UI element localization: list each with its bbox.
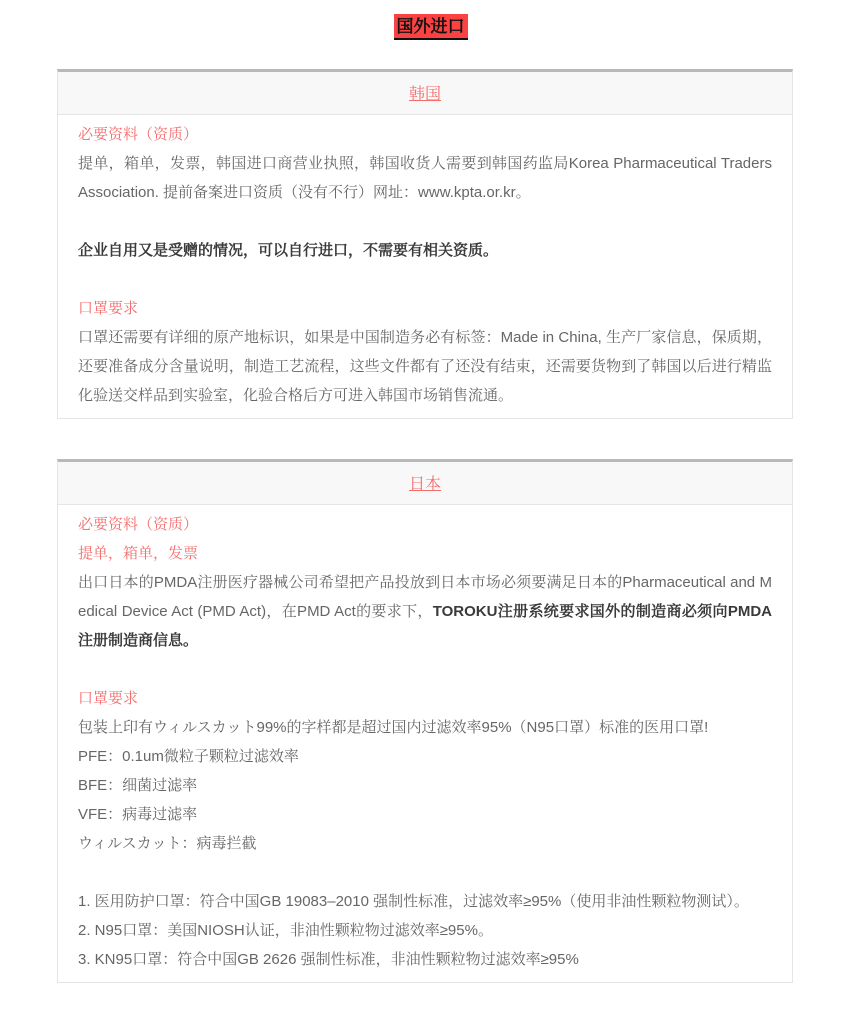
japan-mask-label: 口罩要求	[78, 684, 772, 713]
blank-line	[78, 858, 772, 887]
japan-standard-item: 1. 医用防护口罩：符合中国GB 19083–2010 强制性标准，过滤效率≥9…	[78, 887, 772, 916]
japan-card-title: 日本	[409, 476, 441, 493]
article-content: 韩国 必要资料（资质） 提单，箱单，发票，韩国进口商营业执照，韩国收货人需要到韩…	[57, 69, 793, 983]
blank-line	[78, 655, 772, 684]
japan-filter-line-vfe: VFE：病毒过滤率	[78, 800, 772, 829]
japan-mask-intro: 包装上印有ウィルスカット99%的字样都是超过国内过滤效率95%（N95口罩）标准…	[78, 713, 772, 742]
japan-card: 日本 必要资料（资质） 提单，箱单，发票 出口日本的PMDA注册医疗器械公司希望…	[57, 459, 793, 983]
korea-card-body: 必要资料（资质） 提单，箱单，发票，韩国进口商营业执照，韩国收货人需要到韩国药监…	[58, 115, 792, 418]
korea-card: 韩国 必要资料（资质） 提单，箱单，发票，韩国进口商营业执照，韩国收货人需要到韩…	[57, 69, 793, 419]
page-title-row: 国外进口	[0, 0, 861, 40]
japan-card-header: 日本	[58, 462, 792, 505]
japan-card-body: 必要资料（资质） 提单，箱单，发票 出口日本的PMDA注册医疗器械公司希望把产品…	[58, 505, 792, 982]
korea-card-title: 韩国	[409, 86, 441, 103]
korea-self-use-note: 企业自用又是受赠的情况，可以自行进口，不需要有相关资质。	[78, 236, 772, 265]
page-title-badge: 国外进口	[394, 14, 468, 40]
korea-docs-text: 提单，箱单，发票，韩国进口商营业执照，韩国收货人需要到韩国药监局Korea Ph…	[78, 149, 772, 207]
japan-docs-list: 提单，箱单，发票	[78, 539, 772, 568]
japan-pmda-text: 出口日本的PMDA注册医疗器械公司希望把产品投放到日本市场必须要满足日本的Pha…	[78, 568, 772, 655]
japan-filter-line-bfe: BFE：细菌过滤率	[78, 771, 772, 800]
japan-standard-item: 3. KN95口罩：符合中国GB 2626 强制性标准，非油性颗粒物过滤效率≥9…	[78, 945, 772, 974]
korea-mask-label: 口罩要求	[78, 294, 772, 323]
japan-standard-item: 2. N95口罩：美国NIOSH认证，非油性颗粒物过滤效率≥95%。	[78, 916, 772, 945]
blank-line	[78, 207, 772, 236]
korea-docs-label: 必要资料（资质）	[78, 120, 772, 149]
japan-docs-label: 必要资料（资质）	[78, 510, 772, 539]
blank-line	[78, 265, 772, 294]
japan-filter-line-pfe: PFE：0.1um微粒子颗粒过滤效率	[78, 742, 772, 771]
korea-card-header: 韩国	[58, 72, 792, 115]
korea-mask-text: 口罩还需要有详细的原产地标识，如果是中国制造务必有标签：Made in Chin…	[78, 323, 772, 410]
japan-filter-line-viruscut: ウィルスカット：病毒拦截	[78, 829, 772, 858]
